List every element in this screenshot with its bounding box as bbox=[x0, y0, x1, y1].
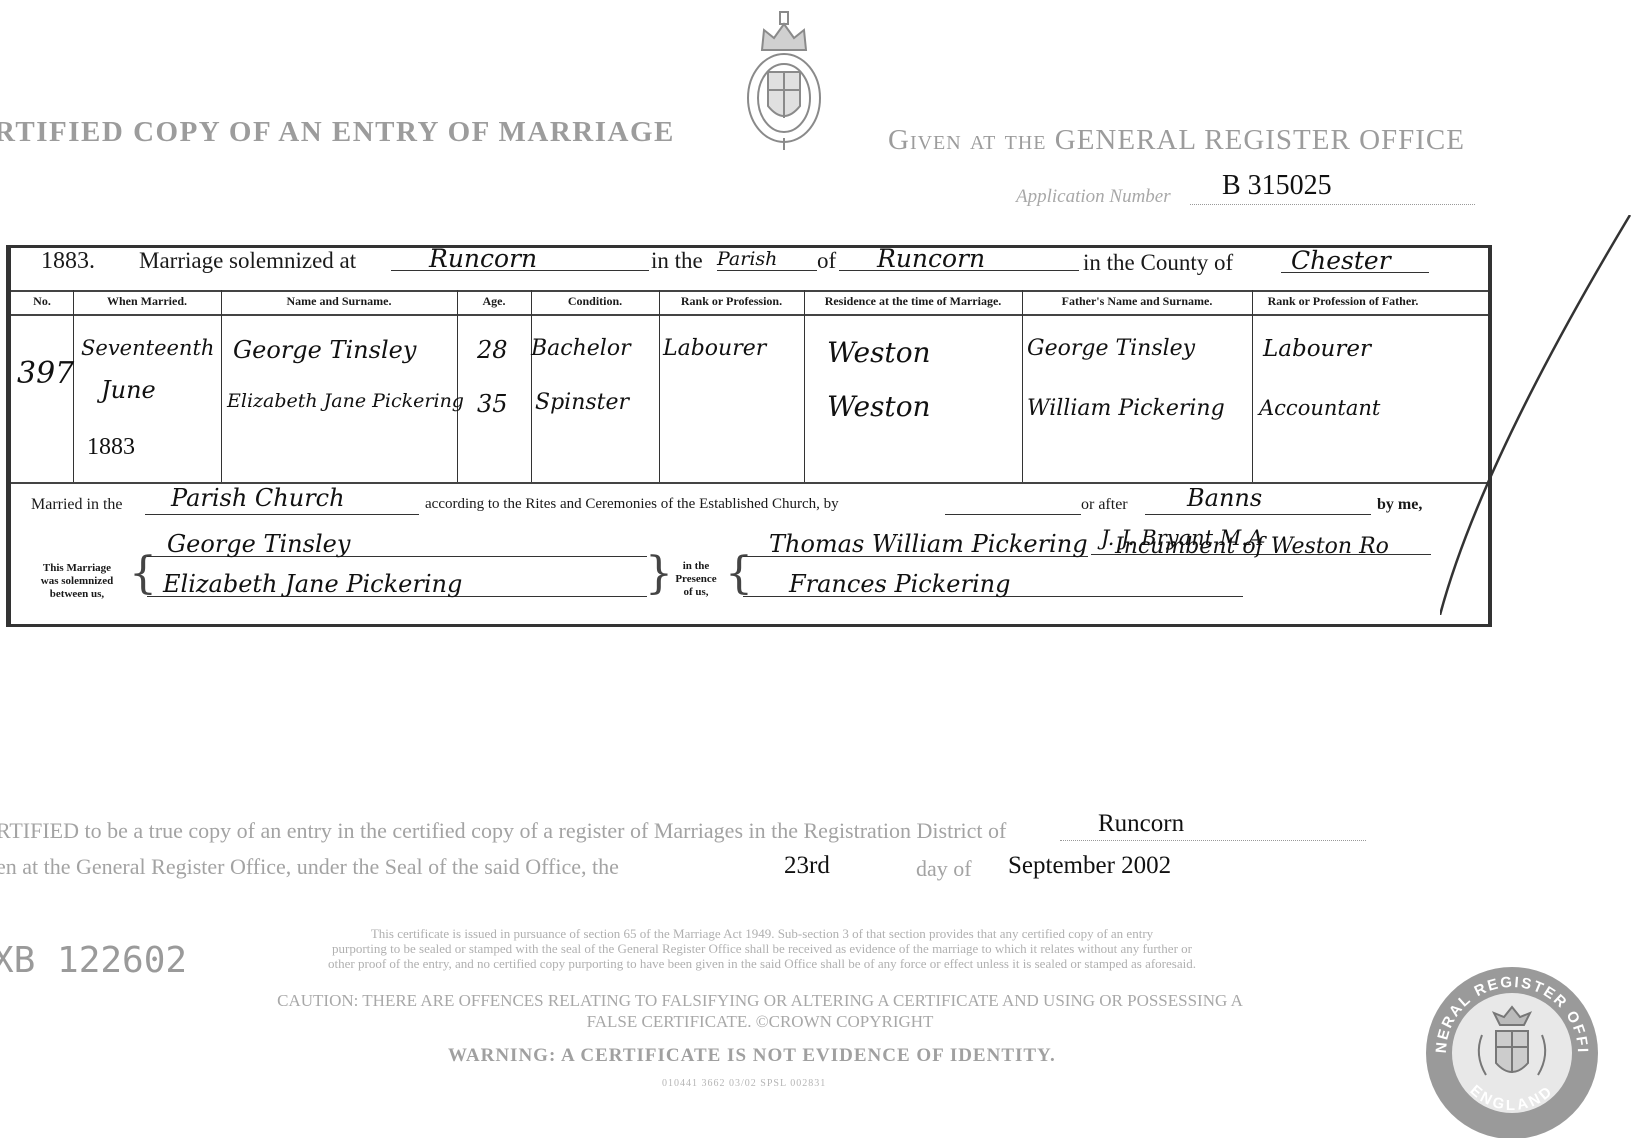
county-label: in the County of bbox=[1083, 250, 1233, 276]
col-father-profession: Rank or Profession of Father. bbox=[1252, 294, 1434, 309]
witness-2-signature: Frances Pickering bbox=[789, 570, 1010, 598]
of-label: of bbox=[817, 248, 836, 274]
when-married-year: 1883 bbox=[87, 434, 135, 461]
bride-signature: Elizabeth Jane Pickering bbox=[163, 570, 462, 598]
district-name: Runcorn bbox=[877, 244, 985, 273]
application-number: B 315025 bbox=[1222, 170, 1332, 202]
presence-label: in the Presence of us, bbox=[667, 560, 725, 599]
col-name: Name and Surname. bbox=[221, 294, 457, 309]
groom-father-name: George Tinsley bbox=[1027, 336, 1195, 361]
bride-name: Elizabeth Jane Pickering bbox=[227, 390, 464, 412]
groom-profession: Labourer bbox=[663, 336, 766, 361]
groom-father-profession: Labourer bbox=[1263, 336, 1371, 362]
caution-notice: CAUTION: THERE ARE OFFENCES RELATING TO … bbox=[230, 990, 1290, 1032]
certificate-day: 23rd bbox=[784, 852, 830, 880]
col-residence: Residence at the time of Marriage. bbox=[804, 294, 1022, 309]
general-register-office-seal-icon: GENERAL REGISTER OFFICE ENGLAND bbox=[1424, 965, 1600, 1138]
bride-age: 35 bbox=[477, 390, 508, 418]
col-father-name: Father's Name and Surname. bbox=[1022, 294, 1252, 309]
seal-statement: en at the General Register Office, under… bbox=[0, 854, 619, 880]
register-heading-row: 1883. Marriage solemnized at Runcorn in … bbox=[11, 248, 1488, 290]
certification-statement: RTIFIED to be a true copy of an entry in… bbox=[0, 818, 1006, 844]
legal-fine-print: This certificate is issued in pursuance … bbox=[222, 926, 1302, 971]
col-condition: Condition. bbox=[531, 294, 659, 309]
bride-residence: Weston bbox=[827, 390, 931, 423]
solemnized-label: Marriage solemnized at bbox=[139, 248, 356, 274]
bride-father-name: William Pickering bbox=[1027, 396, 1225, 421]
column-header-row: No. When Married. Name and Surname. Age.… bbox=[11, 290, 1488, 316]
pen-stroke-mark bbox=[1440, 215, 1631, 615]
day-of-label: day of bbox=[916, 856, 972, 882]
bride-father-profession: Accountant bbox=[1259, 396, 1380, 420]
district-type: Parish bbox=[717, 248, 777, 270]
or-after-label: or after bbox=[1081, 496, 1128, 514]
register-entry-table: 1883. Marriage solemnized at Runcorn in … bbox=[6, 245, 1492, 627]
solemnized-at: Runcorn bbox=[429, 244, 537, 273]
col-no: No. bbox=[11, 294, 73, 309]
married-in-label: Married in the bbox=[31, 496, 123, 514]
rites-label: according to the Rites and Ceremonies of… bbox=[425, 496, 839, 513]
when-married-month: June bbox=[101, 376, 156, 404]
application-number-dotted-line bbox=[1190, 204, 1475, 205]
bride-condition: Spinster bbox=[535, 390, 629, 415]
officiant-title: Incumbent of Weston Ro bbox=[1115, 534, 1389, 559]
groom-signature: George Tinsley bbox=[167, 530, 350, 558]
certificate-month-year: September 2002 bbox=[1008, 852, 1171, 880]
married-in-value: Parish Church bbox=[171, 484, 345, 512]
royal-crest-icon bbox=[742, 10, 826, 150]
by-me-label: by me, bbox=[1377, 496, 1422, 514]
groom-age: 28 bbox=[477, 336, 508, 364]
groom-residence: Weston bbox=[827, 336, 931, 369]
witness-1-signature: Thomas William Pickering bbox=[769, 530, 1088, 558]
groom-condition: Bachelor bbox=[531, 336, 631, 361]
when-married-day: Seventeenth bbox=[81, 336, 214, 360]
certificate-title: RTIFIED COPY OF AN ENTRY OF MARRIAGE bbox=[0, 116, 675, 149]
col-age: Age. bbox=[457, 294, 531, 309]
entry-number: 397 bbox=[17, 356, 74, 391]
form-code: 010441 3662 03/02 SPSL 002831 bbox=[662, 1078, 826, 1089]
county: Chester bbox=[1291, 246, 1391, 275]
or-after-value: Banns bbox=[1187, 484, 1262, 512]
registration-district: Runcorn bbox=[1098, 810, 1184, 838]
col-when-married: When Married. bbox=[73, 294, 221, 309]
certificate-serial-number: XB 122602 bbox=[0, 940, 187, 981]
district-dotted-line bbox=[1060, 840, 1366, 841]
identity-warning: WARNING: A CERTIFICATE IS NOT EVIDENCE O… bbox=[448, 1045, 1056, 1067]
application-number-label: Application Number bbox=[1016, 186, 1171, 208]
col-profession: Rank or Profession. bbox=[659, 294, 804, 309]
register-year: 1883. bbox=[41, 248, 95, 275]
in-the-label: in the bbox=[651, 248, 703, 274]
given-at-heading: Given at the GENERAL REGISTER OFFICE bbox=[888, 124, 1465, 157]
groom-name: George Tinsley bbox=[233, 336, 416, 364]
between-us-label: This Marriage was solemnized between us, bbox=[27, 562, 127, 601]
